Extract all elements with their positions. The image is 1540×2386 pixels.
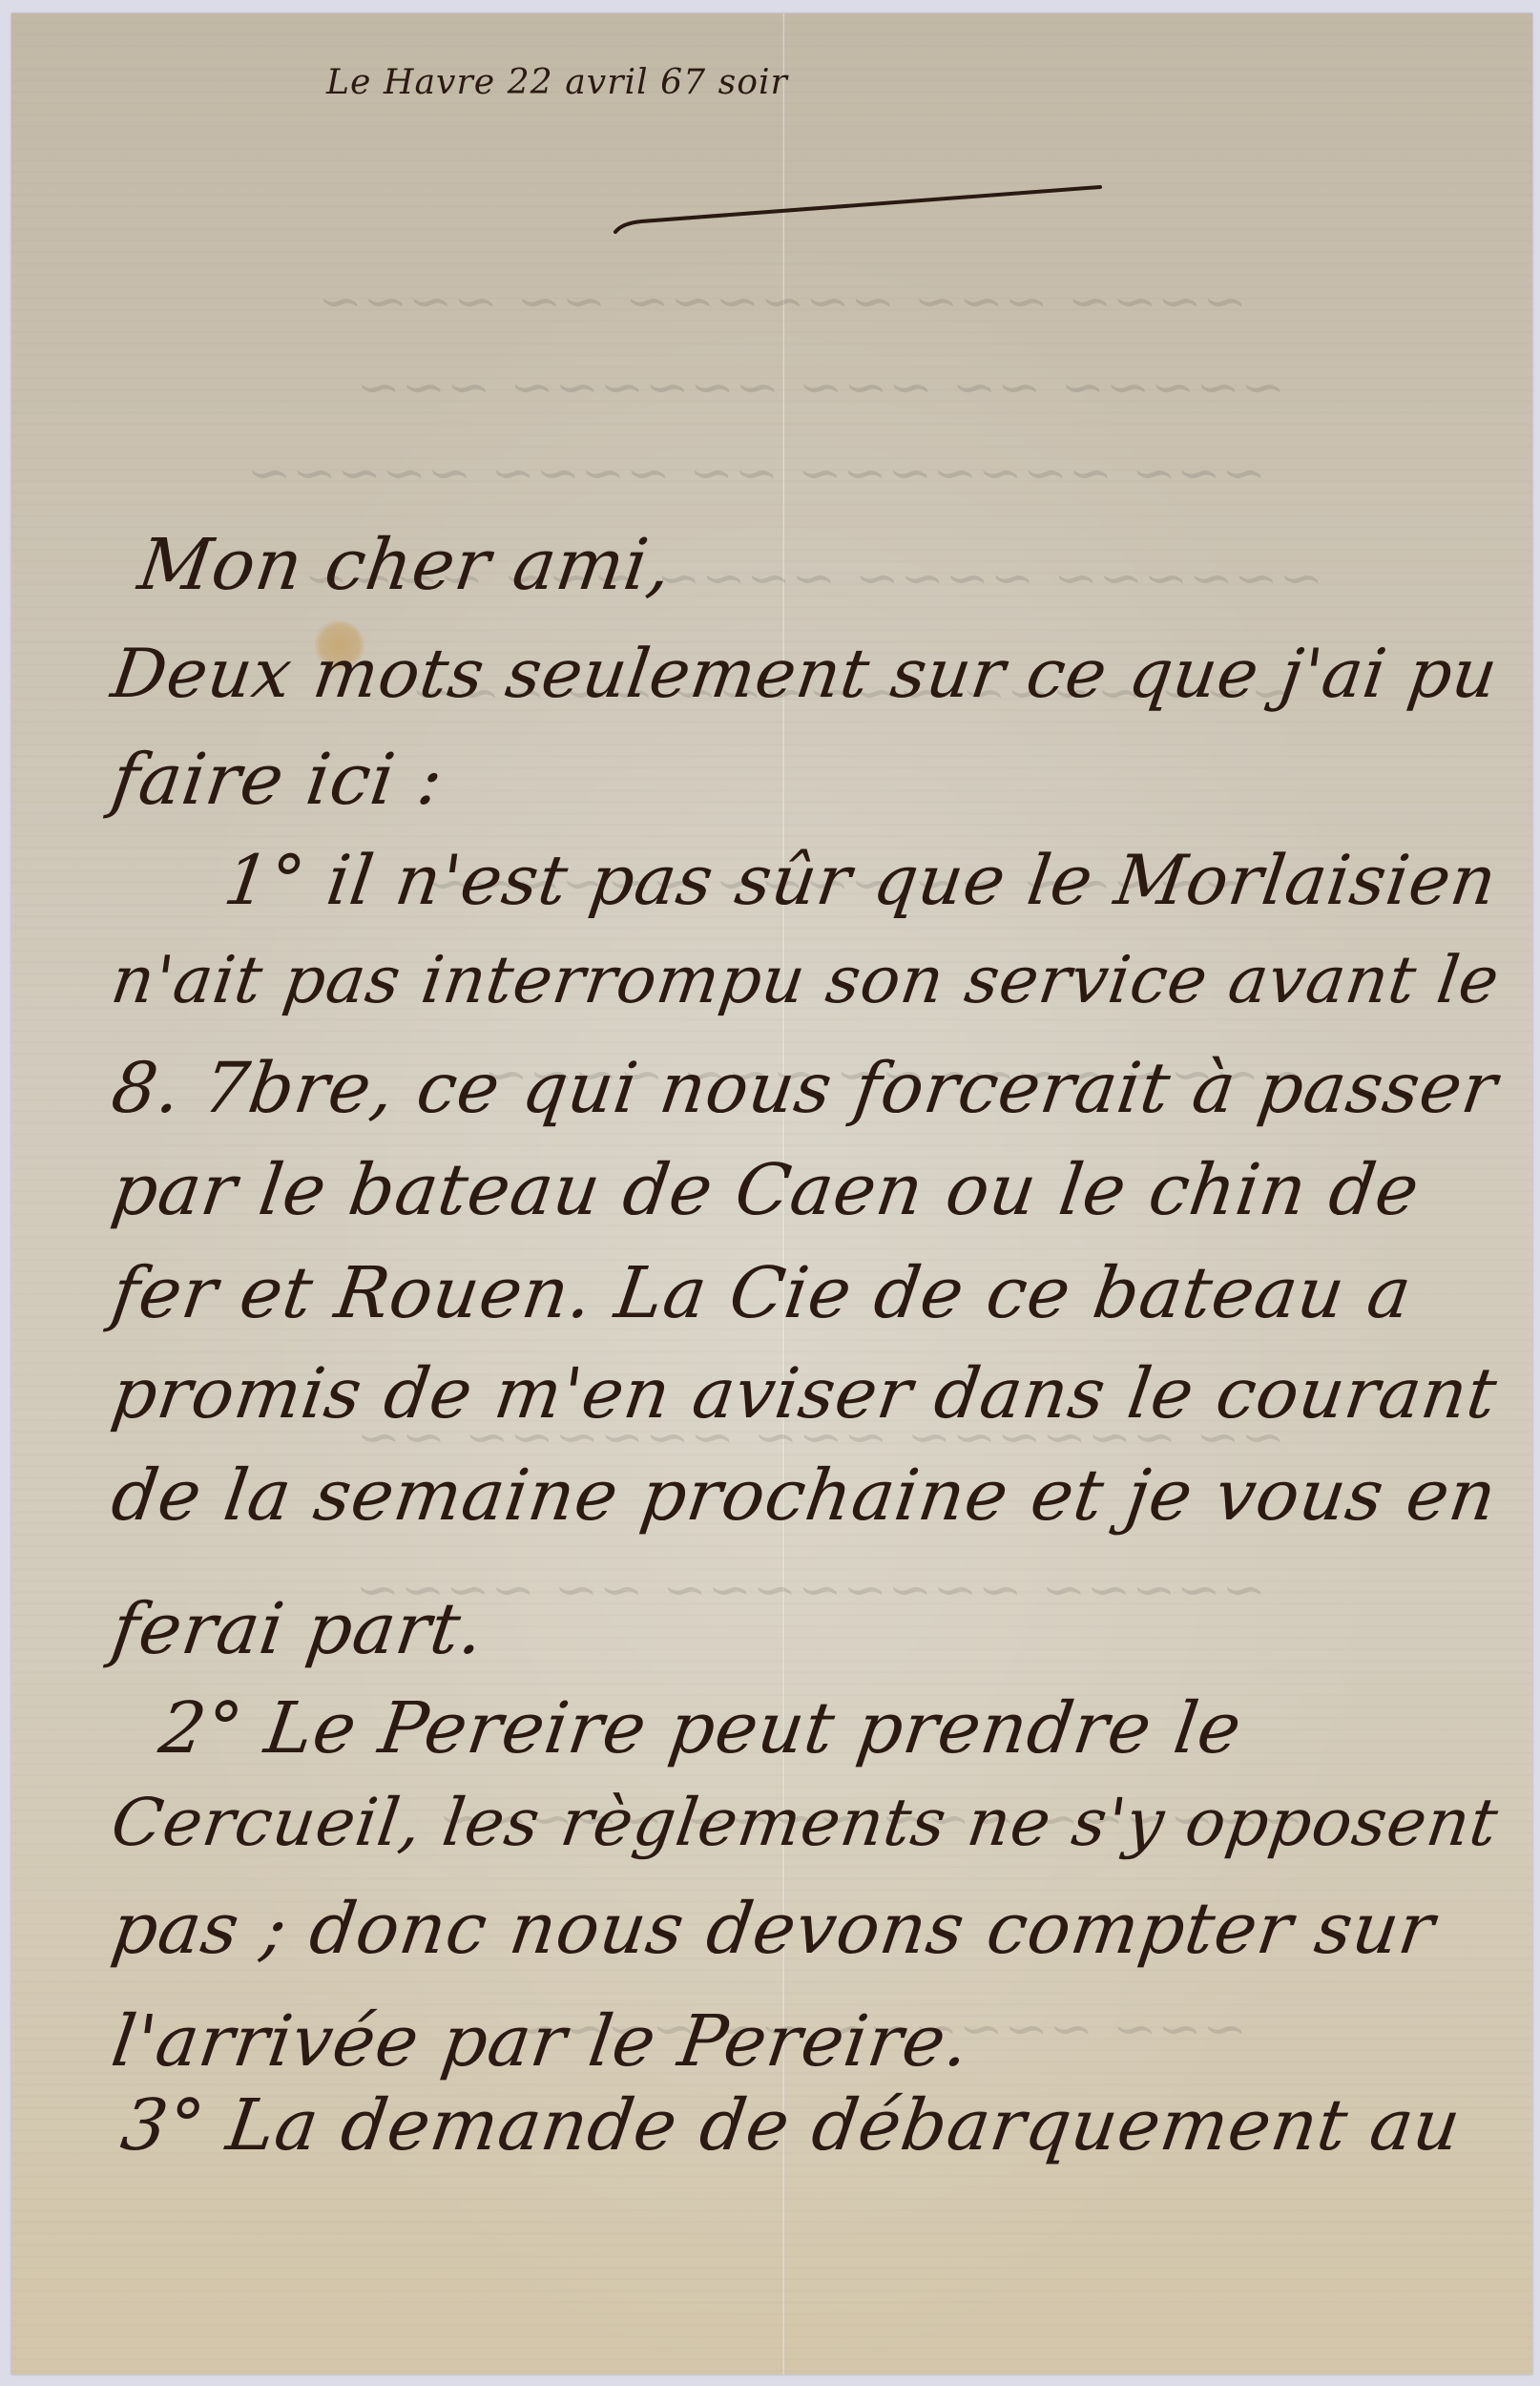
letter-line: fer et Rouen. La Cie de ce bateau a <box>107 1252 1417 1334</box>
letter-line: l'arrivée par le Pereire. <box>107 2000 975 2083</box>
date-underline <box>11 13 1540 300</box>
letter-line: Cercueil, les règlements ne s'y opposent <box>107 1785 1503 1861</box>
letter-line: par le bateau de Caen ou le chin de <box>107 1149 1425 1231</box>
letter-line: 3° La demande de débarquement au <box>116 2084 1466 2166</box>
letter-line: ferai part. <box>107 1588 489 1670</box>
letter-page: ~~~~ ~~~ ~~~~~~ ~~ ~~~~ ~~~~~ ~~ ~~~ ~~~… <box>11 13 1532 2375</box>
letter-line: de la semaine prochaine et je vous en <box>107 1455 1502 1537</box>
letter-line: promis de m'en aviser dans le courant <box>107 1353 1502 1434</box>
letter-line: n'ait pas interrompu son service avant l… <box>107 943 1504 1018</box>
letter-line: pas ; donc nous devons compter sur <box>107 1888 1440 1970</box>
letter-line: Deux mots seulement sur ce que j'ai pu <box>107 634 1503 713</box>
letter-line: 8. 7bre, ce qui nous forcerait à passer <box>107 1048 1503 1129</box>
letter-line: faire ici : <box>107 739 448 821</box>
letter-line: 1° il n'est pas sûr que le Morlaisien <box>219 840 1502 920</box>
letter-place-date: Le Havre 22 avril 67 soir <box>326 61 788 102</box>
letter-line: 2° Le Pereire peut prendre le <box>155 1687 1247 1769</box>
letter-salutation: Mon cher ami, <box>134 524 677 606</box>
